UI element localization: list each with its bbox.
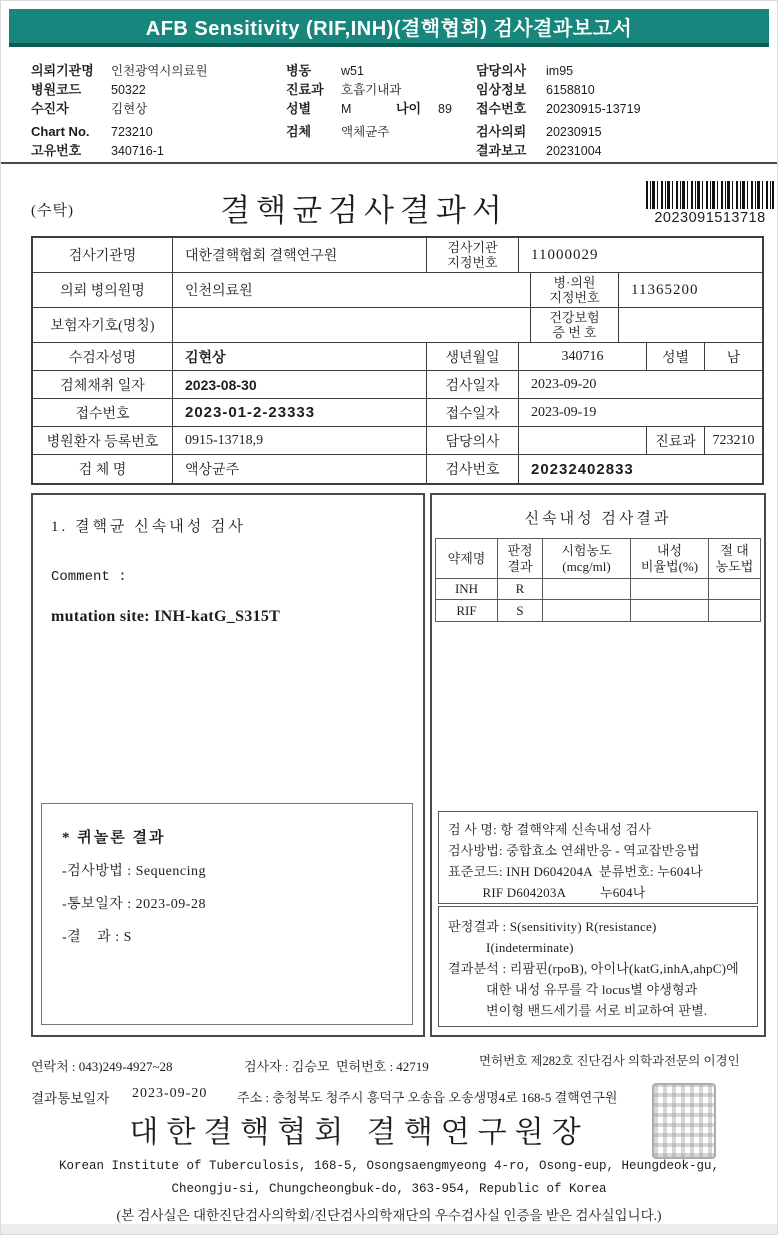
- drug-table-row: RIF S: [436, 600, 760, 621]
- standard-code-line: 표준코드: INH D604204A 분류번호: 누604나: [448, 861, 757, 882]
- field-label: Chart No.: [31, 122, 111, 141]
- report-banner: AFB Sensitivity (RIF,INH)(결핵협회) 검사결과보고서: [9, 9, 769, 47]
- cell-value-empty: [619, 308, 762, 342]
- cell-value: 11365200: [619, 273, 762, 307]
- drug-table-empty-cell: [631, 579, 709, 599]
- field-label: 담당의사: [476, 61, 546, 80]
- field-label: 의뢰기관명: [31, 61, 111, 80]
- field-value: w51: [341, 64, 364, 78]
- cell-label: 검사번호: [427, 455, 519, 483]
- test-method-box: 검 사 명: 항 결핵약제 신속내성 검사 검사방법: 중합효소 연쇄반응 - …: [438, 811, 758, 904]
- cell-label: 검사일자: [427, 371, 519, 398]
- field-value: 50322: [111, 83, 146, 97]
- info-row: Chart No.723210: [31, 122, 286, 141]
- analysis-line: 결과분석 : 리팜핀(rpoB), 아이나(katG,inhA,ahpC)에: [448, 958, 757, 979]
- cell-value: 723210: [705, 427, 762, 454]
- info-row: 고유번호340716-1: [31, 141, 286, 160]
- field-label: 수진자: [31, 99, 111, 118]
- column-header: 판정 결과: [498, 539, 543, 578]
- drug-table-header-row: 약제명 판정 결과 시험농도 (mcg/ml) 내성 비율법(%) 절 대 농도…: [436, 539, 760, 579]
- cell-label: 검사기관명: [33, 238, 173, 272]
- table-row: 검사기관명 대한결핵협회 결핵연구원 검사기관 지정번호 11000029: [33, 238, 762, 273]
- drug-table-empty-cell: [543, 579, 631, 599]
- header-info-col2: 병동w51 진료과호흡기내과 성별M나이89 검체액체균주: [286, 61, 476, 141]
- quinolone-title: * 퀴놀론 결과: [62, 826, 412, 847]
- judgement-line2: I(indeterminate): [448, 937, 757, 958]
- field-value: 호흡기내과: [341, 83, 401, 97]
- cell-label: 진료과: [647, 427, 705, 454]
- english-address-line1: Korean Institute of Tuberculosis, 168-5,…: [1, 1159, 777, 1173]
- cell-label: 수검자성명: [33, 343, 173, 370]
- table-row: 보험자기호(명칭) 건강보험 증 번 호: [33, 308, 762, 343]
- cell-label: 접수번호: [33, 399, 173, 426]
- cell-value: 0915-13718,9: [173, 427, 427, 454]
- report-date-value: 2023-09-20: [132, 1086, 207, 1102]
- analysis-line3: 변이형 밴드세기를 서로 비교하여 판별.: [448, 1000, 757, 1021]
- table-row: 병원환자 등록번호 0915-13718,9 담당의사 진료과 723210: [33, 427, 762, 455]
- info-row: 병동w51: [286, 61, 476, 80]
- info-row: 검사의뢰20230915: [476, 122, 776, 141]
- cell-label: 의뢰 병의원명: [33, 273, 173, 307]
- field-value: M: [341, 100, 396, 119]
- field-value: 액체균주: [341, 125, 389, 139]
- sensitivity-result-panel: 신속내성 검사결과 약제명 판정 결과 시험농도 (mcg/ml) 내성 비율법…: [430, 493, 766, 1037]
- cell-label: 병·의원 지정번호: [531, 273, 619, 307]
- cell-value: 20232402833: [519, 455, 762, 483]
- info-row: 진료과호흡기내과: [286, 80, 476, 99]
- table-row: 수검자성명 김현상 생년월일 340716 성별 남: [33, 343, 762, 371]
- english-address-line2: Cheongju-si, Chungcheongbuk-do, 363-954,…: [1, 1182, 777, 1196]
- accreditation-note: (본 검사실은 대한진단검사의학회/진단검사의학재단의 우수검사실 인증을 받은…: [1, 1204, 777, 1224]
- drug-result: S: [498, 600, 543, 621]
- cell-label: 건강보험 증 번 호: [531, 308, 619, 342]
- column-header: 약제명: [436, 539, 498, 578]
- info-row: 담당의사im95: [476, 61, 776, 80]
- cell-label: 담당의사: [427, 427, 519, 454]
- drug-table-empty-cell: [631, 600, 709, 621]
- header-info-col3: 담당의사im95 임상정보6158810 접수번호20230915-13719 …: [476, 61, 776, 160]
- cell-label: 생년월일: [427, 343, 519, 370]
- barcode-number: 2023091513718: [646, 210, 774, 226]
- cell-value-empty: [519, 427, 647, 454]
- document-title: 결핵균검사결과서: [111, 185, 617, 230]
- field-label: 임상정보: [476, 80, 546, 99]
- barcode-image: [646, 181, 774, 209]
- cell-value: 2023-08-30: [173, 371, 427, 398]
- column-header: 내성 비율법(%): [631, 539, 709, 578]
- field-label: 고유번호: [31, 141, 111, 160]
- cell-value: 인천의료원: [173, 273, 531, 307]
- column-header: 시험농도 (mcg/ml): [543, 539, 631, 578]
- quinolone-date: -통보일자 : 2023-09-28: [62, 893, 412, 913]
- test-name-line: 검 사 명: 항 결핵약제 신속내성 검사: [448, 819, 757, 840]
- info-row: 수진자김현상: [31, 99, 286, 118]
- info-row-sex-age: 성별M나이89: [286, 99, 476, 118]
- table-row: 검체채취 일자 2023-08-30 검사일자 2023-09-20: [33, 371, 762, 399]
- info-row: 결과보고20231004: [476, 141, 776, 160]
- column-header: 절 대 농도법: [709, 539, 760, 578]
- drug-name: RIF: [436, 600, 498, 621]
- cell-value-empty: [173, 308, 531, 342]
- barcode-block: 2023091513718: [646, 181, 774, 226]
- panel-heading: 1. 결핵균 신속내성 검사: [51, 515, 423, 536]
- info-row: 접수번호20230915-13719: [476, 99, 776, 118]
- organization-title: 대한결핵협회 결핵연구원장: [1, 1107, 717, 1151]
- patient-info-table: 검사기관명 대한결핵협회 결핵연구원 검사기관 지정번호 11000029 의뢰…: [31, 236, 764, 485]
- info-row: 검체액체균주: [286, 122, 476, 141]
- table-row: 의뢰 병의원명 인천의료원 병·의원 지정번호 11365200: [33, 273, 762, 308]
- quinolone-result-box: * 퀴놀론 결과 -검사방법 : Sequencing -통보일자 : 2023…: [41, 803, 413, 1025]
- quinolone-method: -검사방법 : Sequencing: [62, 860, 412, 880]
- drug-name: INH: [436, 579, 498, 599]
- cell-value: 김현상: [173, 343, 427, 370]
- field-value: 20230915: [546, 125, 602, 139]
- drug-table-empty-cell: [709, 600, 760, 621]
- lab-report-page: AFB Sensitivity (RIF,INH)(결핵협회) 검사결과보고서 …: [0, 0, 778, 1235]
- info-row: 임상정보6158810: [476, 80, 776, 99]
- header-info-col1: 의뢰기관명인천광역시의료원 병원코드50322 수진자김현상 Chart No.…: [31, 61, 286, 160]
- field-value: 340716-1: [111, 144, 164, 158]
- official-stamp: [652, 1083, 716, 1159]
- standard-code-line2: RIF D604203A 누604나: [448, 882, 757, 903]
- field-value: 6158810: [546, 83, 595, 97]
- cell-label: 검체채취 일자: [33, 371, 173, 398]
- cell-label: 검사기관 지정번호: [427, 238, 519, 272]
- examiner-info: 검사자 : 김승모 면허번호 : 42719: [244, 1056, 429, 1075]
- table-row: 접수번호 2023-01-2-23333 접수일자 2023-09-19: [33, 399, 762, 427]
- cell-label: 접수일자: [427, 399, 519, 426]
- header-info-section: 의뢰기관명인천광역시의료원 병원코드50322 수진자김현상 Chart No.…: [1, 61, 777, 161]
- field-label: 검사의뢰: [476, 122, 546, 141]
- field-label: 검체: [286, 122, 341, 141]
- field-value: 89: [438, 102, 452, 116]
- result-interpretation-box: 판정결과 : S(sensitivity) R(resistance) I(in…: [438, 906, 758, 1027]
- field-value: im95: [546, 64, 573, 78]
- cell-value: 2023-01-2-23333: [173, 399, 427, 426]
- comment-label: Comment :: [51, 569, 423, 585]
- cell-value: 11000029: [519, 238, 762, 272]
- quinolone-result: -결 과 : S: [62, 926, 412, 946]
- drug-sensitivity-table: 약제명 판정 결과 시험농도 (mcg/ml) 내성 비율법(%) 절 대 농도…: [435, 538, 761, 622]
- field-label: 병동: [286, 61, 341, 80]
- license-info: 면허번호 제282호 진단검사 의학과전문의 이경인: [479, 1054, 774, 1069]
- field-value: 20230915-13719: [546, 102, 641, 116]
- drug-table-title: 신속내성 검사결과: [432, 507, 764, 528]
- cell-label: 보험자기호(명칭): [33, 308, 173, 342]
- field-value: 인천광역시의료원: [111, 64, 208, 78]
- section-divider: [1, 162, 777, 164]
- cell-value: 2023-09-19: [519, 399, 762, 426]
- report-date-label: 결과통보일자: [31, 1087, 109, 1107]
- cell-label: 병원환자 등록번호: [33, 427, 173, 454]
- mutation-site-text: mutation site: INH-katG_S315T: [51, 608, 423, 626]
- drug-table-empty-cell: [543, 600, 631, 621]
- report-banner-title: AFB Sensitivity (RIF,INH)(결핵협회) 검사결과보고서: [146, 12, 632, 41]
- cell-value: 대한결핵협회 결핵연구원: [173, 238, 427, 272]
- field-label: 접수번호: [476, 99, 546, 118]
- rapid-resistance-panel: 1. 결핵균 신속내성 검사 Comment : mutation site: …: [31, 493, 425, 1037]
- field-label: 결과보고: [476, 141, 546, 160]
- field-value: 723210: [111, 125, 153, 139]
- test-method-line: 검사방법: 중합효소 연쇄반응 - 역교잡반응법: [448, 840, 757, 861]
- drug-result: R: [498, 579, 543, 599]
- table-row: 검 체 명 액상균주 검사번호 20232402833: [33, 455, 762, 483]
- page-bottom-edge: [1, 1224, 777, 1234]
- field-label: 성별: [286, 99, 341, 118]
- analysis-line2: 대한 내성 유무를 각 locus별 야생형과: [448, 979, 757, 1000]
- cell-label: 검 체 명: [33, 455, 173, 483]
- cell-value: 액상균주: [173, 455, 427, 483]
- info-row: 의뢰기관명인천광역시의료원: [31, 61, 286, 80]
- info-row: 병원코드50322: [31, 80, 286, 99]
- cell-value: 340716: [519, 343, 647, 370]
- contact-info: 연락처 : 043)249-4927~28: [31, 1056, 172, 1075]
- field-label: 나이: [396, 99, 438, 118]
- field-label: 병원코드: [31, 80, 111, 99]
- drug-table-empty-cell: [709, 579, 760, 599]
- consignment-label: (수탁): [31, 199, 74, 220]
- judgement-line: 판정결과 : S(sensitivity) R(resistance): [448, 916, 757, 937]
- cell-value: 남: [705, 343, 762, 370]
- drug-table-row: INH R: [436, 579, 760, 600]
- field-value: 20231004: [546, 144, 602, 158]
- field-value: 김현상: [111, 102, 147, 116]
- field-label: 진료과: [286, 80, 341, 99]
- cell-value: 2023-09-20: [519, 371, 762, 398]
- address-info: 주소 : 충청북도 청주시 흥덕구 오송읍 오송생명4로 168-5 결핵연구원: [237, 1087, 617, 1106]
- cell-label: 성별: [647, 343, 705, 370]
